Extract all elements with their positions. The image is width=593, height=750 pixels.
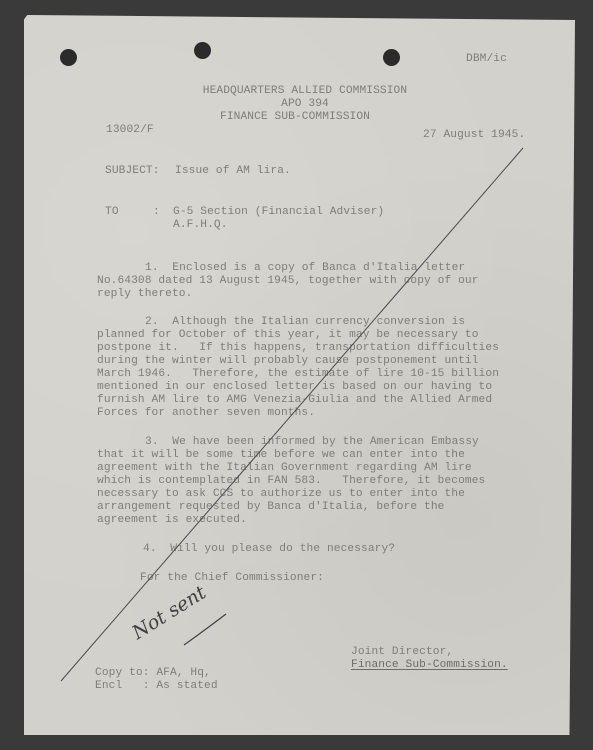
pen-strokes [0,0,593,750]
handwriting-underline [184,614,226,645]
cancellation-line [61,148,523,681]
